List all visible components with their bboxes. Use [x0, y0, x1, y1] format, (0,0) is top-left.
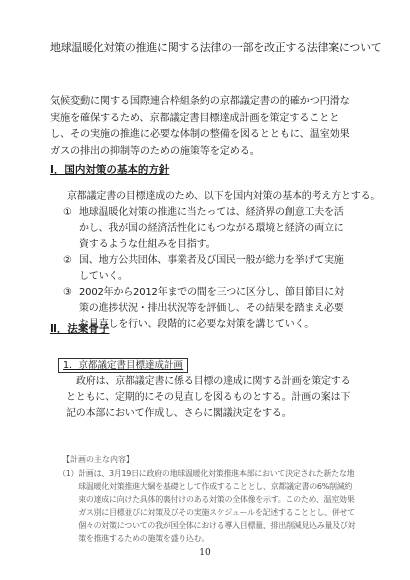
section-1-heading: Ⅰ．国内対策の基本的方針	[50, 163, 169, 177]
page-number: 10	[0, 548, 410, 558]
item-text: 計画は、3月19日に政府の地球温暖化対策推進本部において決定された新たな地球温暖…	[78, 467, 358, 545]
plan-summary-heading: 【計画の主な内容】	[62, 454, 134, 465]
subsection-1-text: 政府は、京都議定書に係る目標の達成に関する計画を策定するとともに、定期的にその見…	[66, 374, 356, 422]
basic-policy-list: ① 地球温暖化対策の推進に当たっては、経済界の創意工夫を活かし、我が国の経済活性…	[63, 205, 353, 333]
intro-text: 気候変動に関する国際連合枠組条約の京都議定書の的確かつ円滑な実施を確保するため、…	[50, 94, 354, 160]
item-number: （1）	[58, 467, 78, 545]
subsection-1-heading: 1．京都議定書目標達成計画	[58, 358, 188, 373]
list-item: ② 国、地方公共団体、事業者及び国民一般が総力を挙げて実施していく。	[63, 253, 353, 285]
document-title: 地球温暖化対策の推進に関する法律の一部を改正する法律案について	[50, 41, 370, 55]
item-number: ②	[63, 253, 79, 285]
section-2-heading: Ⅱ．法案骨子	[50, 322, 109, 336]
section-1-lead: 京都議定書の目標達成のため、以下を国内対策の基本的考え方とする。	[67, 189, 380, 204]
plan-summary-item: （1） 計画は、3月19日に政府の地球温暖化対策推進本部において決定された新たな…	[58, 467, 358, 545]
item-text: 2002年から2012年までの間を三つに区分し、節目節目に対策の進捗状況・排出状…	[79, 285, 353, 333]
item-text: 国、地方公共団体、事業者及び国民一般が総力を挙げて実施していく。	[79, 253, 353, 285]
item-text: 地球温暖化対策の推進に当たっては、経済界の創意工夫を活かし、我が国の経済活性化に…	[79, 205, 353, 253]
document-page: 地球温暖化対策の推進に関する法律の一部を改正する法律案について 気候変動に関する…	[0, 0, 410, 580]
subsection-1-body: 政府は、京都議定書に係る目標の達成に関する計画を策定するとともに、定期的にその見…	[66, 374, 356, 422]
item-number: ①	[63, 205, 79, 253]
intro-paragraph: 気候変動に関する国際連合枠組条約の京都議定書の的確かつ円滑な実施を確保するため、…	[50, 94, 354, 160]
list-item: ① 地球温暖化対策の推進に当たっては、経済界の創意工夫を活かし、我が国の経済活性…	[63, 205, 353, 253]
